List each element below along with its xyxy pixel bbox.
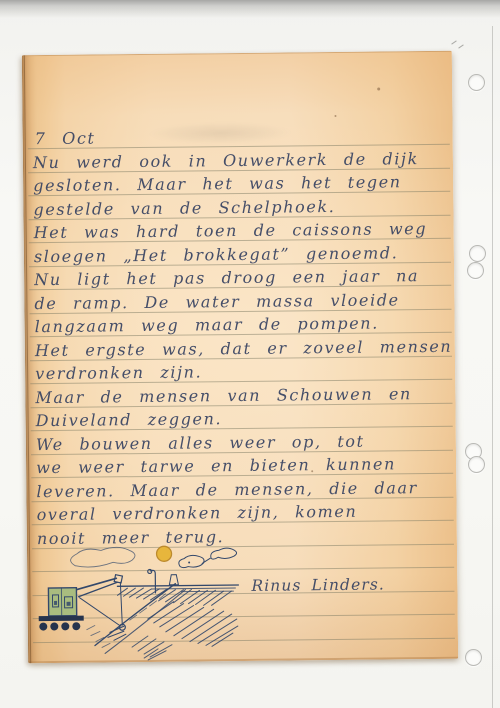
dragline-crane	[38, 575, 126, 642]
punch-hole	[468, 456, 485, 473]
scan-speck	[458, 44, 463, 48]
letter-line: leveren. Maar de mensen, die daar	[36, 478, 418, 501]
crane-wheel	[50, 622, 58, 630]
letter-line: Nu ligt het pas droog een jaar na	[34, 266, 419, 289]
scanned-letter-page: 7 Oct Nu werd ook in Ouwerkerk de dijk g…	[0, 0, 500, 708]
crane-drawing	[31, 543, 244, 663]
letter-line: gesloten. Maar het was het tegen	[33, 172, 402, 195]
punch-hole	[467, 262, 484, 279]
crane-wheel	[61, 622, 69, 630]
letter-line: overal verdronken zijn, komen	[37, 502, 358, 524]
punch-hole	[469, 245, 486, 262]
letter-line: Duiveland zeggen.	[36, 409, 223, 430]
punch-hole	[465, 649, 482, 666]
signature: Rinus Linders.	[251, 575, 385, 594]
sun-icon	[156, 546, 171, 561]
letter-line: nooit meer terug.	[37, 527, 225, 548]
date-line: 7 Oct	[35, 129, 96, 149]
letter-line: we weer tarwe en bieten kunnen	[36, 454, 396, 477]
letter-line: langzaam weg maar de pompen.	[35, 314, 379, 337]
crane-wheel	[72, 622, 80, 630]
letter-line: sloegen „Het brokkegat” genoemd.	[34, 243, 399, 266]
letter-line: verdronken zijn.	[35, 362, 202, 383]
crane-undercarriage	[39, 616, 84, 621]
ink-bleedthrough	[141, 120, 301, 146]
letter-line: gestelde van de Schelphoek.	[33, 196, 335, 218]
scanner-edge-shadow	[0, 6, 500, 18]
cloud	[70, 547, 135, 567]
dike-slope	[86, 584, 186, 654]
letter-line: Maar de mensen van Schouwen en	[35, 384, 412, 407]
paper-speck	[334, 115, 336, 117]
crane-wheel	[39, 623, 47, 631]
sleeve-edge-line	[492, 26, 493, 708]
letter-line: de ramp. De water massa vloeide	[34, 290, 399, 313]
lamppost	[148, 569, 156, 593]
water	[117, 585, 239, 660]
scan-speck	[451, 40, 456, 44]
paper-speck	[377, 88, 380, 91]
punch-hole	[468, 74, 485, 91]
letter-line: Nu werd ook in Ouwerkerk de dijk	[33, 149, 419, 172]
steamboat-smoke	[169, 548, 237, 585]
notebook-page: 7 Oct Nu werd ook in Ouwerkerk de dijk g…	[22, 51, 458, 663]
letter-line: We bouwen alles weer op, tot	[36, 431, 365, 453]
